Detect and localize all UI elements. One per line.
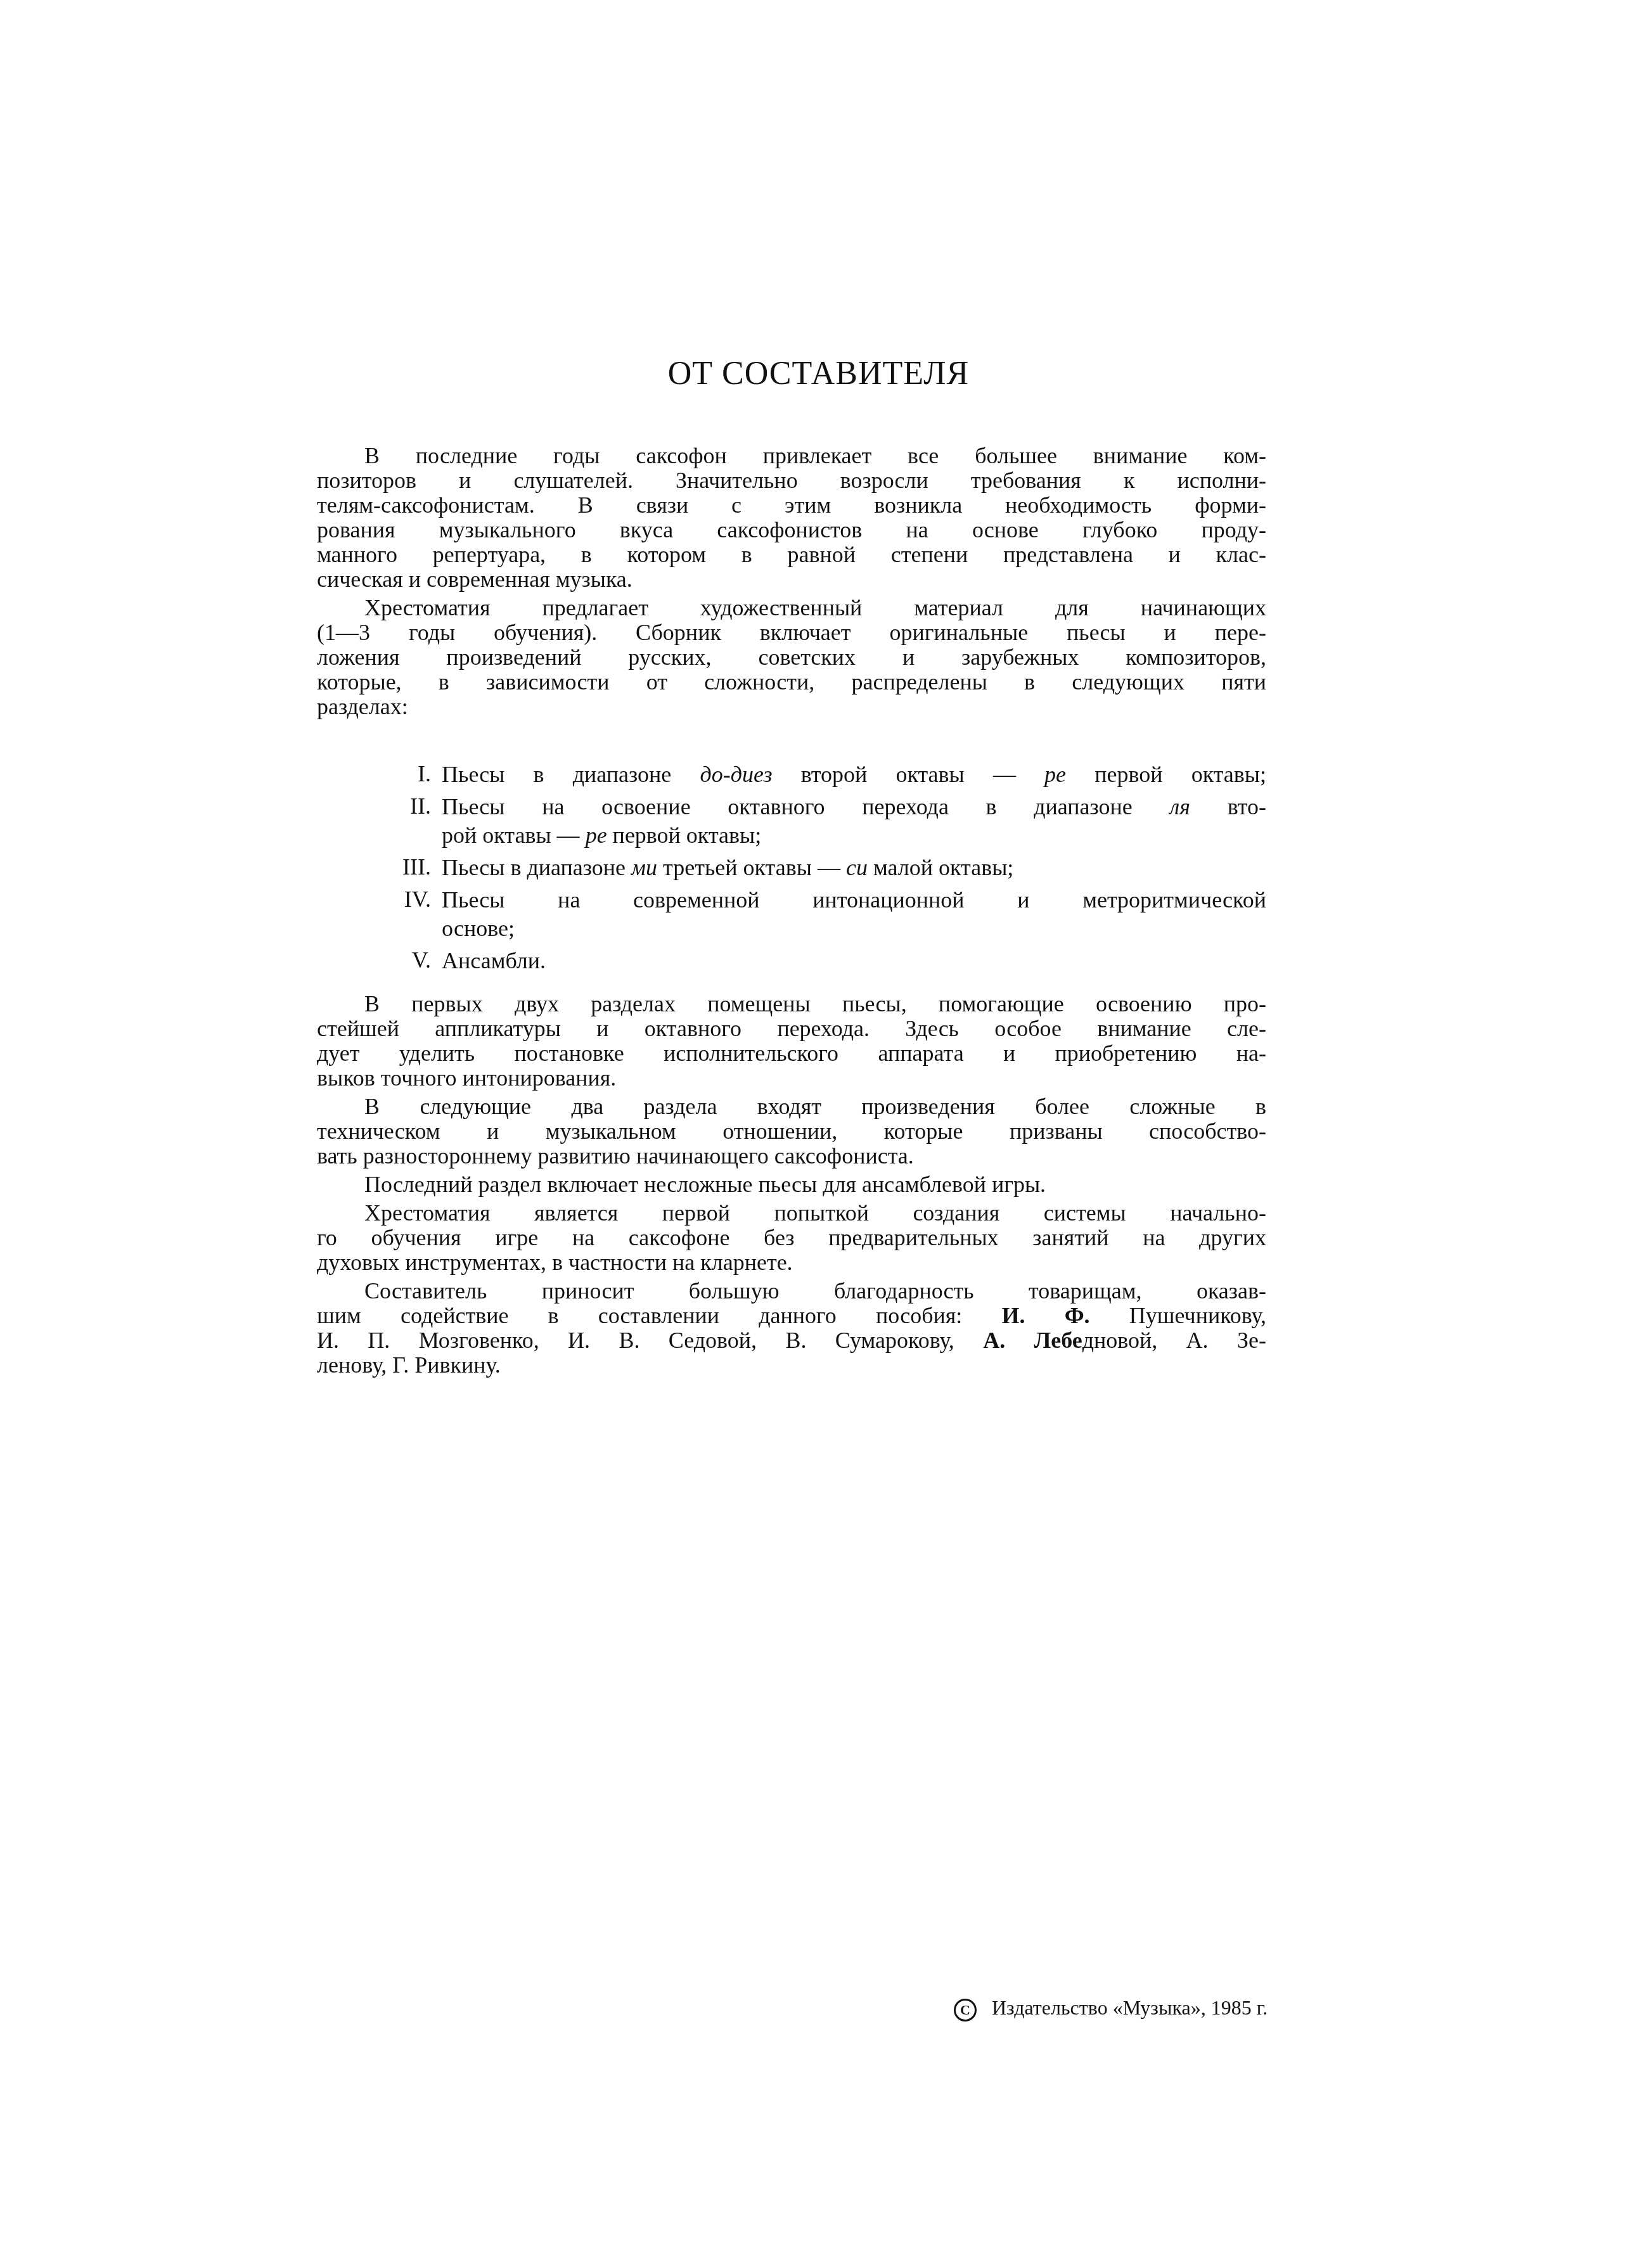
page-title: ОТ СОСТАВИТЕЛЯ xyxy=(0,355,1637,392)
text-line: ленову, Г. Ривкину. xyxy=(317,1353,1266,1378)
text-line: Ансамбли. xyxy=(442,947,1266,975)
text-line: дует уделить постановке исполнительского… xyxy=(317,1041,1266,1066)
text-line: И. П. Мозговенко, И. В. Седовой, В. Сума… xyxy=(317,1328,1266,1353)
text-line: манного репертуара, в котором в равной с… xyxy=(317,542,1266,567)
copyright-icon: C xyxy=(954,1999,977,2021)
text-line: (1—3 годы обучения). Сборник включает ор… xyxy=(317,620,1266,645)
section-numeral: I. xyxy=(355,760,442,789)
section-numeral: II. xyxy=(355,793,442,850)
text-line: В первых двух разделах помещены пьесы, п… xyxy=(317,992,1266,1016)
text-line: го обучения игре на саксофоне без предва… xyxy=(317,1226,1266,1250)
text-line: рой октавы — ре первой октавы; xyxy=(442,821,1266,850)
paragraph-3: В первых двух разделах помещены пьесы, п… xyxy=(317,992,1266,1091)
text-line: Пьесы в диапазоне до-диез второй октавы … xyxy=(442,760,1266,789)
text-line: техническом и музыкальном отношении, кот… xyxy=(317,1119,1266,1144)
text-line: Пьесы на освоение октавного перехода в д… xyxy=(442,793,1266,821)
text-line: основе; xyxy=(442,914,1266,943)
paragraph-2: Хрестоматия предлагает художественный ма… xyxy=(317,596,1266,719)
section-item: IV. Пьесы на современной интонационной и… xyxy=(355,886,1266,943)
text-line: телям-саксофонистам. В связи с этим возн… xyxy=(317,493,1266,518)
section-item: I. Пьесы в диапазоне до-диез второй окта… xyxy=(355,760,1266,789)
text-line: Последний раздел включает несложные пьес… xyxy=(317,1172,1266,1197)
text-line: шим содействие в составлении данного пос… xyxy=(317,1304,1266,1328)
text-line: выков точного интонирования. xyxy=(317,1066,1266,1091)
section-numeral: IV. xyxy=(355,886,442,943)
section-numeral: III. xyxy=(355,854,442,882)
text-line: рования музыкального вкуса саксофонистов… xyxy=(317,518,1266,542)
text-line: Пьесы в диапазоне ми третьей октавы — си… xyxy=(442,854,1266,882)
sections-list: I. Пьесы в диапазоне до-диез второй окта… xyxy=(355,760,1266,975)
paragraph-5: Последний раздел включает несложные пьес… xyxy=(317,1172,1266,1197)
text-line: разделах: xyxy=(317,695,1266,719)
text-line: которые, в зависимости от сложности, рас… xyxy=(317,670,1266,695)
copyright-text: Издательство «Музыка», 1985 г. xyxy=(992,1996,1268,2019)
text-line: позиторов и слушателей. Значительно возр… xyxy=(317,468,1266,493)
paragraph-1: В последние годы саксофон привлекает все… xyxy=(317,444,1266,592)
paragraph-6: Хрестоматия является первой попыткой соз… xyxy=(317,1201,1266,1275)
text-line: Пьесы на современной интонационной и мет… xyxy=(442,886,1266,914)
paragraph-4: В следующие два раздела входят произведе… xyxy=(317,1094,1266,1169)
acknowledgement-paragraph: Составитель приносит большую благодарнос… xyxy=(317,1279,1266,1378)
copyright-notice: CИздательство «Музыка», 1985 г. xyxy=(954,1996,1268,2021)
section-numeral: V. xyxy=(355,947,442,975)
text-line: Составитель приносит большую благодарнос… xyxy=(317,1279,1266,1304)
body-block: В первых двух разделах помещены пьесы, п… xyxy=(317,992,1266,1378)
text-line: В следующие два раздела входят произведе… xyxy=(317,1094,1266,1119)
section-item: II. Пьесы на освоение октавного перехода… xyxy=(355,793,1266,850)
text-line: В последние годы саксофон привлекает все… xyxy=(317,444,1266,468)
text-line: вать разностороннему развитию начинающег… xyxy=(317,1144,1266,1169)
section-item: III. Пьесы в диапазоне ми третьей октавы… xyxy=(355,854,1266,882)
text-line: Хрестоматия является первой попыткой соз… xyxy=(317,1201,1266,1226)
intro-block: В последние годы саксофон привлекает все… xyxy=(317,444,1266,719)
text-line: духовых инструментах, в частности на кла… xyxy=(317,1250,1266,1275)
section-item: V. Ансамбли. xyxy=(355,947,1266,975)
text-line: сическая и современная музыка. xyxy=(317,567,1266,592)
text-line: Хрестоматия предлагает художественный ма… xyxy=(317,596,1266,620)
text-line: ложения произведений русских, советских … xyxy=(317,645,1266,670)
text-line: стейшей аппликатуры и октавного перехода… xyxy=(317,1016,1266,1041)
